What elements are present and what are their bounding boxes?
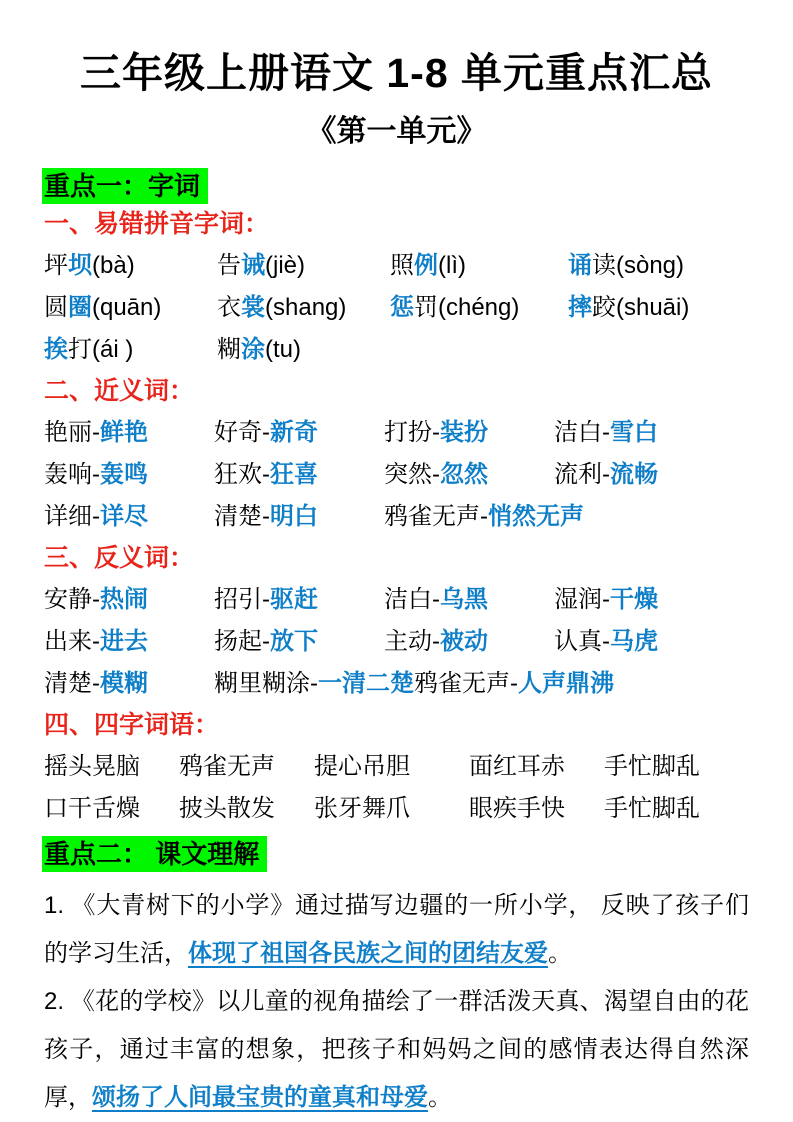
text-segment: 洁白- xyxy=(554,419,610,446)
text-segment: 安静- xyxy=(44,586,100,613)
accent-text-segment: 诫 xyxy=(241,252,265,279)
word-item: 手忙脚乱 xyxy=(604,746,739,788)
word-item: 艳丽-鲜艳 xyxy=(44,412,214,454)
word-item: 扬起-放下 xyxy=(214,621,384,663)
text-segment: 流利- xyxy=(554,461,610,488)
accent-text-segment: 裳 xyxy=(241,294,265,321)
word-item: 招引-驱赶 xyxy=(214,579,384,621)
text-segment: 湿润- xyxy=(554,586,610,613)
word-item: 诵读(sòng) xyxy=(568,245,741,287)
section-heading: 一、易错拼音字词： xyxy=(44,204,749,245)
accent-text-segment: 乌黑 xyxy=(440,586,488,613)
accent-text-segment: 放下 xyxy=(270,628,318,655)
word-item: 安静-热闹 xyxy=(44,579,214,621)
word-row: 轰响-轰鸣狂欢-狂喜突然-忽然流利-流畅 xyxy=(44,454,749,496)
accent-text-segment: 颂扬了人间最宝贵的童真和母爱 xyxy=(92,1084,428,1111)
word-item: 出来-进去 xyxy=(44,621,214,663)
text-segment: 清楚- xyxy=(214,503,270,530)
section-heading: 二、近义词： xyxy=(44,371,749,412)
word-row: 安静-热闹招引-驱赶洁白-乌黑湿润-干燥 xyxy=(44,579,749,621)
word-item: 口干舌燥 xyxy=(44,788,179,830)
accent-text-segment: 狂喜 xyxy=(270,461,318,488)
text-segment: 提心吊胆 xyxy=(314,753,410,780)
text-segment: 披头散发 xyxy=(179,795,275,822)
word-item: 告诫(jiè) xyxy=(217,245,390,287)
text-segment: 摇头晃脑 xyxy=(44,753,140,780)
word-sections: 一、易错拼音字词：坪坝(bà)告诫(jiè)照例(lì)诵读(sòng)圆圈(q… xyxy=(44,204,749,830)
document-page: 三年级上册语文 1-8 单元重点汇总 《第一单元》 重点一：字词 一、易错拼音字… xyxy=(0,0,793,1122)
text-segment: 招引- xyxy=(214,586,270,613)
accent-text-segment: 马虎 xyxy=(610,628,658,655)
accent-text-segment: 鲜艳 xyxy=(100,419,148,446)
accent-text-segment: 悄然无声 xyxy=(488,503,584,530)
text-segment: 扬起- xyxy=(214,628,270,655)
section-heading: 四、四字词语： xyxy=(44,705,749,746)
text-segment: 糊 xyxy=(217,336,241,363)
text-segment: 鸦雀无声- xyxy=(414,670,518,697)
text-segment: 艳丽- xyxy=(44,419,100,446)
word-item: 打扮-装扮 xyxy=(384,412,554,454)
text-segment: 主动- xyxy=(384,628,440,655)
word-item: 衣裳(shang) xyxy=(217,287,390,329)
word-item: 轰响-轰鸣 xyxy=(44,454,214,496)
accent-text-segment: 装扮 xyxy=(440,419,488,446)
word-row: 口干舌燥披头散发张牙舞爪眼疾手快手忙脚乱 xyxy=(44,788,749,830)
text-segment: 洁白- xyxy=(384,586,440,613)
section-heading: 三、反义词： xyxy=(44,538,749,579)
word-row: 坪坝(bà)告诫(jiè)照例(lì)诵读(sòng) xyxy=(44,245,749,287)
text-segment: 鸦雀无声- xyxy=(384,503,488,530)
word-item: 糊涂(tu) xyxy=(217,329,390,371)
comprehension-paragraph: 1. 《大青树下的小学》通过描写边疆的一所小学， 反映了孩子们的学习生活，体现了… xyxy=(44,882,749,978)
text-segment: 罚(chéng) xyxy=(414,294,519,321)
word-item: 糊里糊涂-一清二楚 xyxy=(214,663,414,705)
text-segment: 眼疾手快 xyxy=(469,795,565,822)
text-segment: 清楚- xyxy=(44,670,100,697)
word-item: 鸦雀无声 xyxy=(179,746,314,788)
word-row: 艳丽-鲜艳好奇-新奇打扮-装扮洁白-雪白 xyxy=(44,412,749,454)
word-item: 鸦雀无声-悄然无声 xyxy=(384,496,584,538)
word-row: 挨打(ái )糊涂(tu) xyxy=(44,329,749,371)
text-segment: 。 xyxy=(428,1084,452,1111)
word-item: 湿润-干燥 xyxy=(554,579,724,621)
accent-text-segment: 例 xyxy=(414,252,438,279)
page-title: 三年级上册语文 1-8 单元重点汇总 xyxy=(44,48,749,98)
accent-text-segment: 轰鸣 xyxy=(100,461,148,488)
text-segment: 鸦雀无声 xyxy=(179,753,275,780)
text-segment: 读(sòng) xyxy=(592,252,684,279)
highlight-key-point-2: 重点二： 课文理解 xyxy=(42,836,267,872)
accent-text-segment: 雪白 xyxy=(610,419,658,446)
text-segment: 狂欢- xyxy=(214,461,270,488)
accent-text-segment: 坝 xyxy=(68,252,92,279)
word-item: 坪坝(bà) xyxy=(44,245,217,287)
accent-text-segment: 驱赶 xyxy=(270,586,318,613)
word-item: 眼疾手快 xyxy=(469,788,604,830)
word-item: 突然-忽然 xyxy=(384,454,554,496)
highlight-key-point-1: 重点一：字词 xyxy=(42,168,208,204)
text-comprehension: 1. 《大青树下的小学》通过描写边疆的一所小学， 反映了孩子们的学习生活，体现了… xyxy=(44,882,749,1122)
word-row: 详细-详尽清楚-明白鸦雀无声-悄然无声 xyxy=(44,496,749,538)
accent-text-segment: 进去 xyxy=(100,628,148,655)
word-row: 清楚-模糊糊里糊涂-一清二楚鸦雀无声-人声鼎沸 xyxy=(44,663,749,705)
text-segment: 口干舌燥 xyxy=(44,795,140,822)
text-segment: 好奇- xyxy=(214,419,270,446)
text-segment: (lì) xyxy=(438,252,466,279)
text-segment: 详细- xyxy=(44,503,100,530)
text-segment: 打扮- xyxy=(384,419,440,446)
accent-text-segment: 人声鼎沸 xyxy=(518,670,614,697)
word-item: 披头散发 xyxy=(179,788,314,830)
text-segment: 出来- xyxy=(44,628,100,655)
text-segment: 面红耳赤 xyxy=(469,753,565,780)
text-segment: 坪 xyxy=(44,252,68,279)
text-segment: (tu) xyxy=(265,336,301,363)
word-item: 主动-被动 xyxy=(384,621,554,663)
text-segment: 。 xyxy=(548,940,572,967)
word-item: 圆圈(quān) xyxy=(44,287,217,329)
word-item: 摔跤(shuāi) xyxy=(568,287,741,329)
word-item: 狂欢-狂喜 xyxy=(214,454,384,496)
text-segment: 告 xyxy=(217,252,241,279)
text-segment: 打(ái ) xyxy=(68,336,133,363)
text-segment: 照 xyxy=(390,252,414,279)
word-item: 照例(lì) xyxy=(390,245,568,287)
text-segment: 认真- xyxy=(554,628,610,655)
word-item: 详细-详尽 xyxy=(44,496,214,538)
accent-text-segment: 忽然 xyxy=(440,461,488,488)
accent-text-segment: 热闹 xyxy=(100,586,148,613)
unit-subtitle: 《第一单元》 xyxy=(44,114,749,150)
word-item: 洁白-雪白 xyxy=(554,412,724,454)
word-item: 流利-流畅 xyxy=(554,454,724,496)
accent-text-segment: 体现了祖国各民族之间的团结友爱 xyxy=(188,940,548,967)
word-item: 洁白-乌黑 xyxy=(384,579,554,621)
accent-text-segment: 惩 xyxy=(390,294,414,321)
text-segment: 手忙脚乱 xyxy=(604,795,700,822)
word-row: 圆圈(quān)衣裳(shang)惩罚(chéng)摔跤(shuāi) xyxy=(44,287,749,329)
accent-text-segment: 模糊 xyxy=(100,670,148,697)
text-segment: 轰响- xyxy=(44,461,100,488)
text-segment: 手忙脚乱 xyxy=(604,753,700,780)
accent-text-segment: 一清二楚 xyxy=(318,670,414,697)
word-item: 挨打(ái ) xyxy=(44,329,217,371)
word-item: 认真-马虎 xyxy=(554,621,724,663)
accent-text-segment: 新奇 xyxy=(270,419,318,446)
text-segment: (quān) xyxy=(92,294,161,321)
text-segment: (bà) xyxy=(92,252,135,279)
word-item: 清楚-模糊 xyxy=(44,663,214,705)
accent-text-segment: 详尽 xyxy=(100,503,148,530)
text-segment: 张牙舞爪 xyxy=(314,795,410,822)
text-segment: 突然- xyxy=(384,461,440,488)
comprehension-paragraph: 2. 《花的学校》以儿童的视角描绘了一群活泼天真、渴望自由的花孩子，通过丰富的想… xyxy=(44,978,749,1122)
word-item: 面红耳赤 xyxy=(469,746,604,788)
accent-text-segment: 诵 xyxy=(568,252,592,279)
word-item: 惩罚(chéng) xyxy=(390,287,568,329)
word-item: 好奇-新奇 xyxy=(214,412,384,454)
accent-text-segment: 涂 xyxy=(241,336,265,363)
text-segment: 糊里糊涂- xyxy=(214,670,318,697)
word-row: 出来-进去扬起-放下主动-被动认真-马虎 xyxy=(44,621,749,663)
word-item: 摇头晃脑 xyxy=(44,746,179,788)
text-segment: (shang) xyxy=(265,294,346,321)
accent-text-segment: 干燥 xyxy=(610,586,658,613)
accent-text-segment: 圈 xyxy=(68,294,92,321)
text-segment: (jiè) xyxy=(265,252,305,279)
word-item: 鸦雀无声-人声鼎沸 xyxy=(414,663,614,705)
accent-text-segment: 明白 xyxy=(270,503,318,530)
word-item: 手忙脚乱 xyxy=(604,788,739,830)
word-item: 提心吊胆 xyxy=(314,746,469,788)
accent-text-segment: 摔 xyxy=(568,294,592,321)
accent-text-segment: 被动 xyxy=(440,628,488,655)
accent-text-segment: 流畅 xyxy=(610,461,658,488)
word-item: 清楚-明白 xyxy=(214,496,384,538)
text-segment: 跤(shuāi) xyxy=(592,294,689,321)
word-item: 张牙舞爪 xyxy=(314,788,469,830)
accent-text-segment: 挨 xyxy=(44,336,68,363)
text-segment: 衣 xyxy=(217,294,241,321)
word-row: 摇头晃脑鸦雀无声提心吊胆面红耳赤手忙脚乱 xyxy=(44,746,749,788)
text-segment: 圆 xyxy=(44,294,68,321)
